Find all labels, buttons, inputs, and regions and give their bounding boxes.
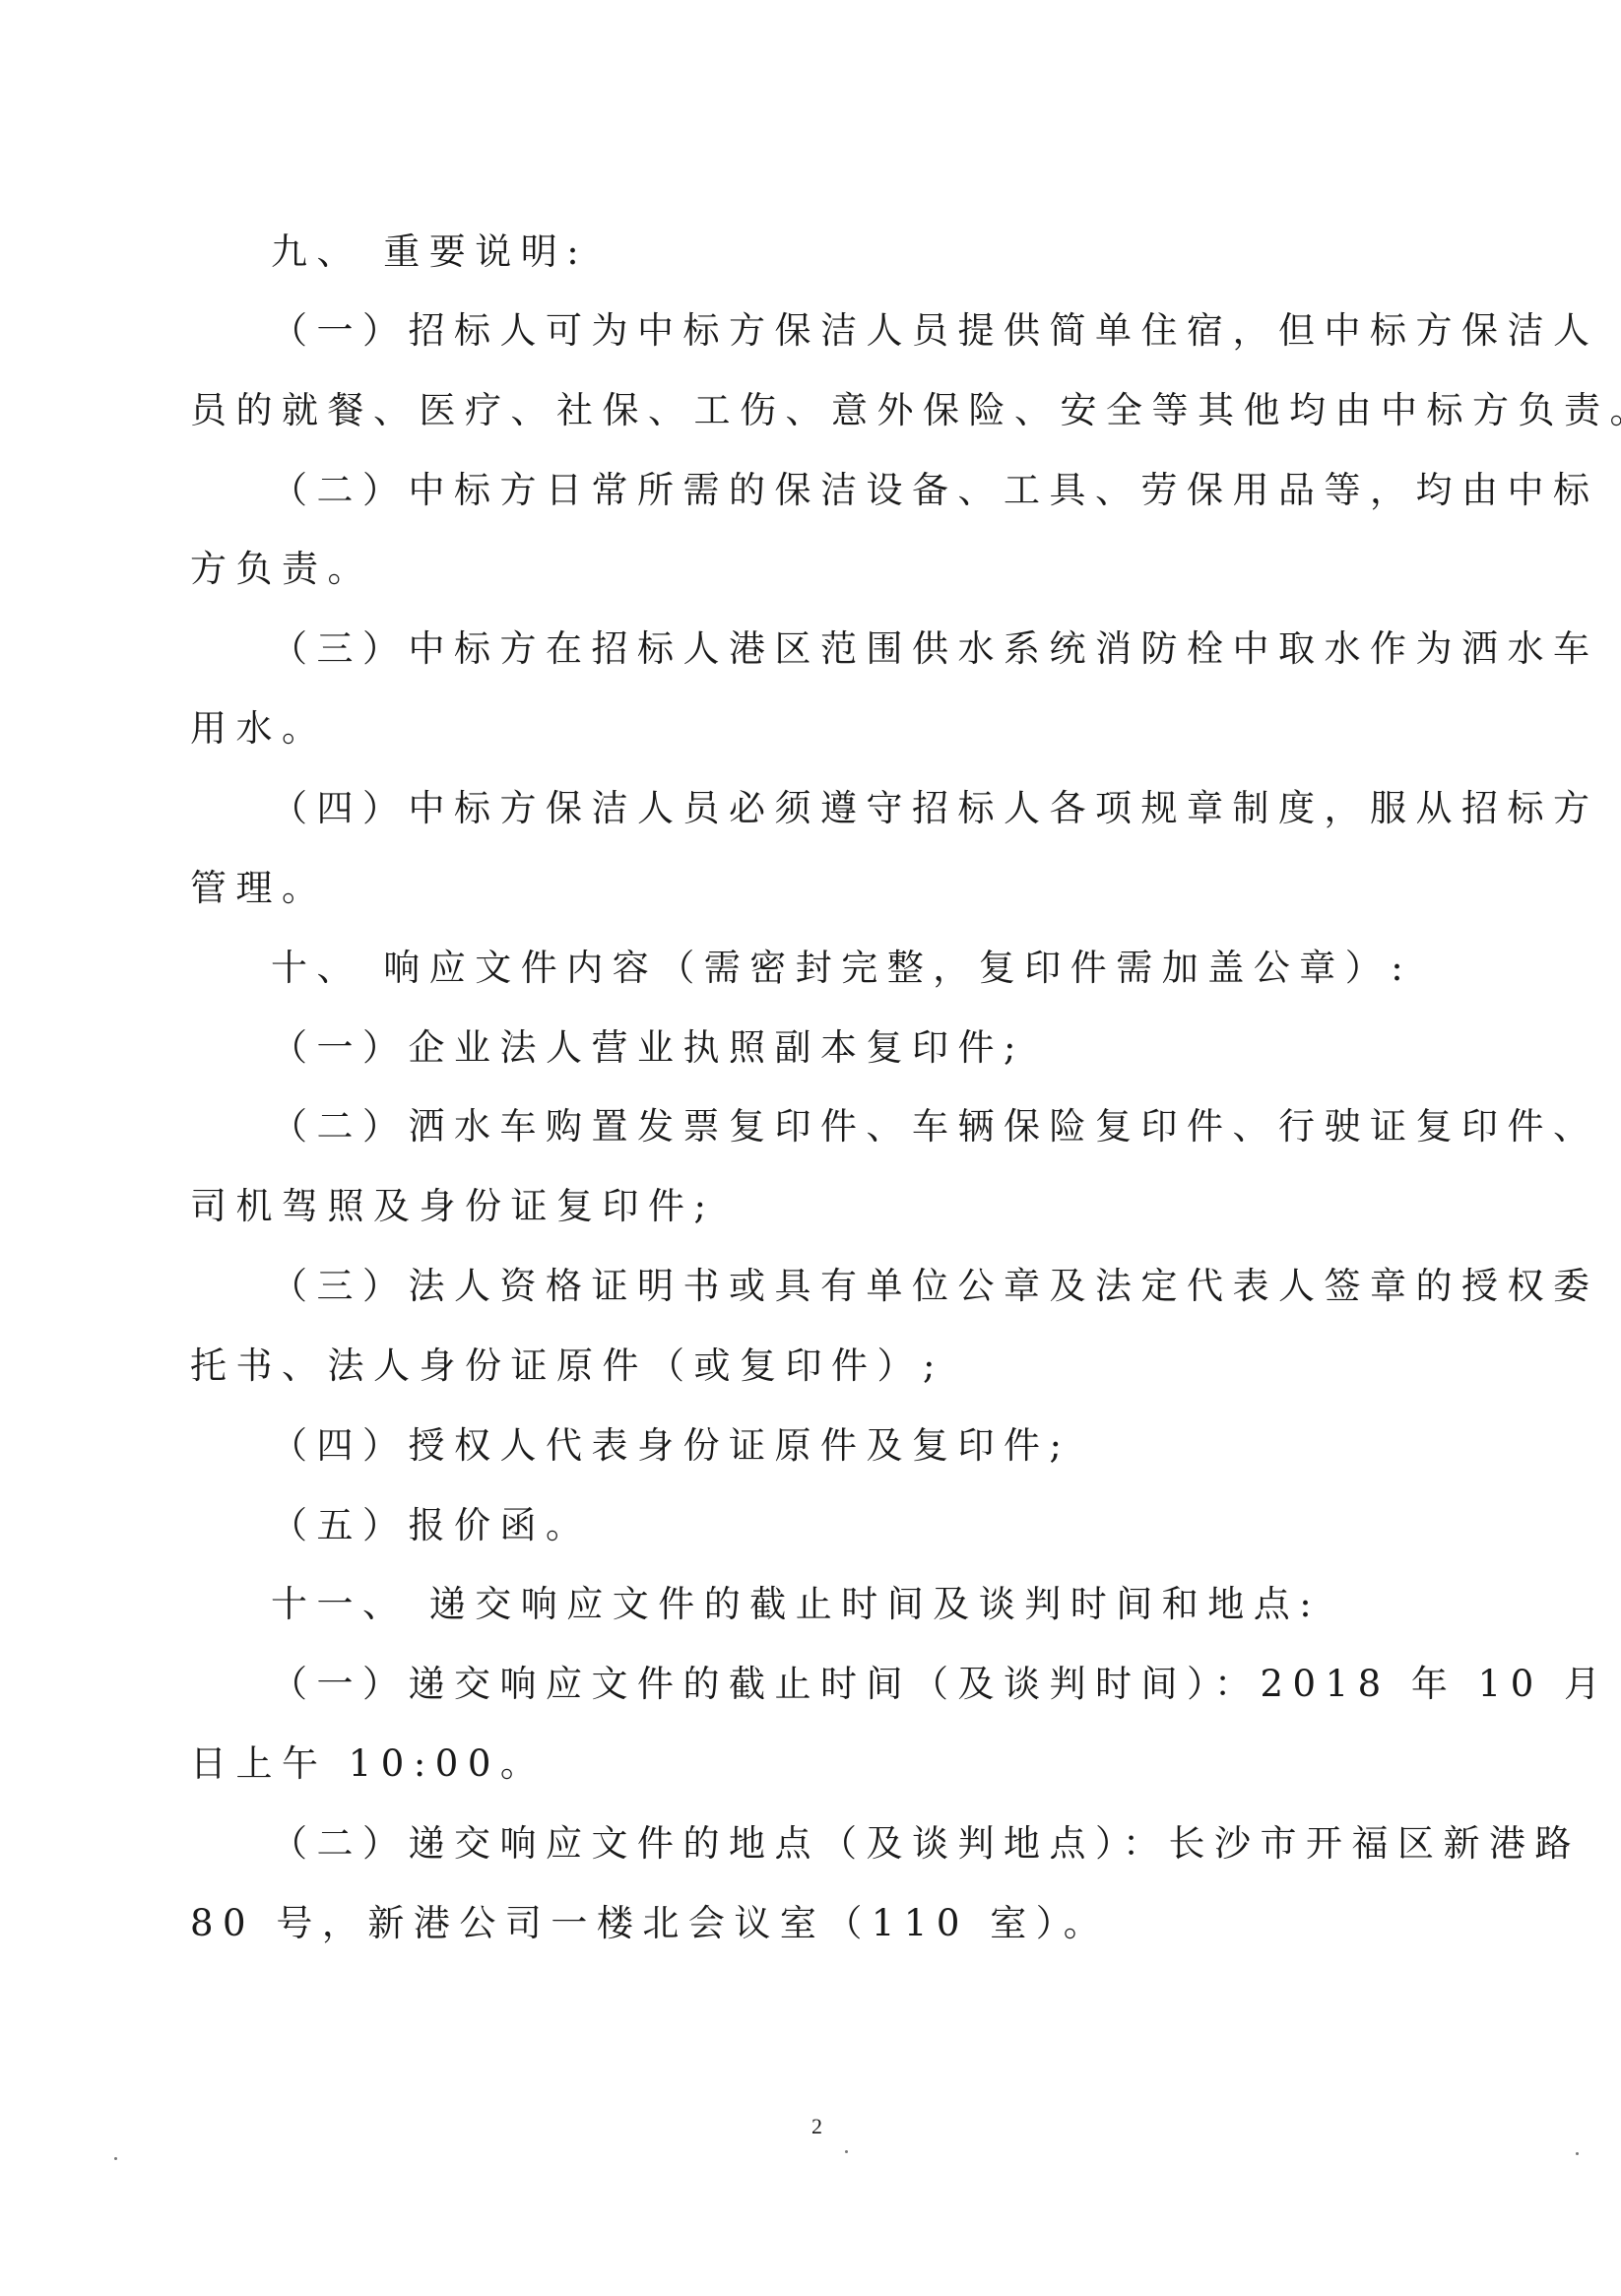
paragraph-line: （一）递交响应文件的截止时间（及谈判时间）：2018 年 10 月 29 <box>271 1661 1621 1708</box>
scan-speck <box>1576 2152 1579 2155</box>
paragraph-line: （二）中标方日常所需的保洁设备、工具、劳保用品等，均由中标 <box>271 467 1599 514</box>
paragraph-line: 方负责。 <box>190 546 373 593</box>
section-heading-10: 十、 响应文件内容（需密封完整，复印件需加盖公章）: <box>271 945 1412 992</box>
paragraph-line: （一）企业法人营业执照副本复印件; <box>271 1024 1025 1072</box>
paragraph-line: （三）中标方在招标人港区范围供水系统消防栓中取水作为洒水车 <box>271 625 1599 673</box>
scan-speck <box>845 2150 848 2153</box>
paragraph-line: 用水。 <box>190 705 328 753</box>
paragraph-line: 托书、法人身份证原件（或复印件）; <box>190 1343 944 1390</box>
paragraph-line: 管理。 <box>190 865 328 912</box>
paragraph-line: 80 号，新港公司一楼北会议室（110 室）。 <box>190 1900 1109 1947</box>
paragraph-line: （一）招标人可为中标方保洁人员提供简单住宿，但中标方保洁人 <box>271 307 1599 355</box>
scan-speck <box>114 2157 117 2160</box>
paragraph-line: （四）授权人代表身份证原件及复印件; <box>271 1422 1070 1470</box>
page-number: 2 <box>811 2114 822 2139</box>
paragraph-line: （四）中标方保洁人员必须遵守招标人各项规章制度，服从招标方 <box>271 785 1599 832</box>
paragraph-line: 员的就餐、医疗、社保、工伤、意外保险、安全等其他均由中标方负责。 <box>190 387 1621 434</box>
paragraph-line: 司机驾照及身份证复印件; <box>190 1183 715 1230</box>
paragraph-line: 日上午 10:00。 <box>190 1740 546 1788</box>
paragraph-line: （二）洒水车购置发票复印件、车辆保险复印件、行驶证复印件、 <box>271 1103 1599 1150</box>
section-heading-9: 九、 重要说明: <box>271 229 588 276</box>
paragraph-line: （五）报价函。 <box>271 1502 592 1549</box>
section-heading-11: 十一、 递交响应文件的截止时间及谈判时间和地点: <box>271 1581 1321 1628</box>
document-page: 九、 重要说明: （一）招标人可为中标方保洁人员提供简单住宿，但中标方保洁人 员… <box>0 0 1621 2296</box>
paragraph-line: （二）递交响应文件的地点（及谈判地点）：长沙市开福区新港路 <box>271 1820 1581 1868</box>
paragraph-line: （三）法人资格证明书或具有单位公章及法定代表人签章的授权委 <box>271 1263 1599 1310</box>
